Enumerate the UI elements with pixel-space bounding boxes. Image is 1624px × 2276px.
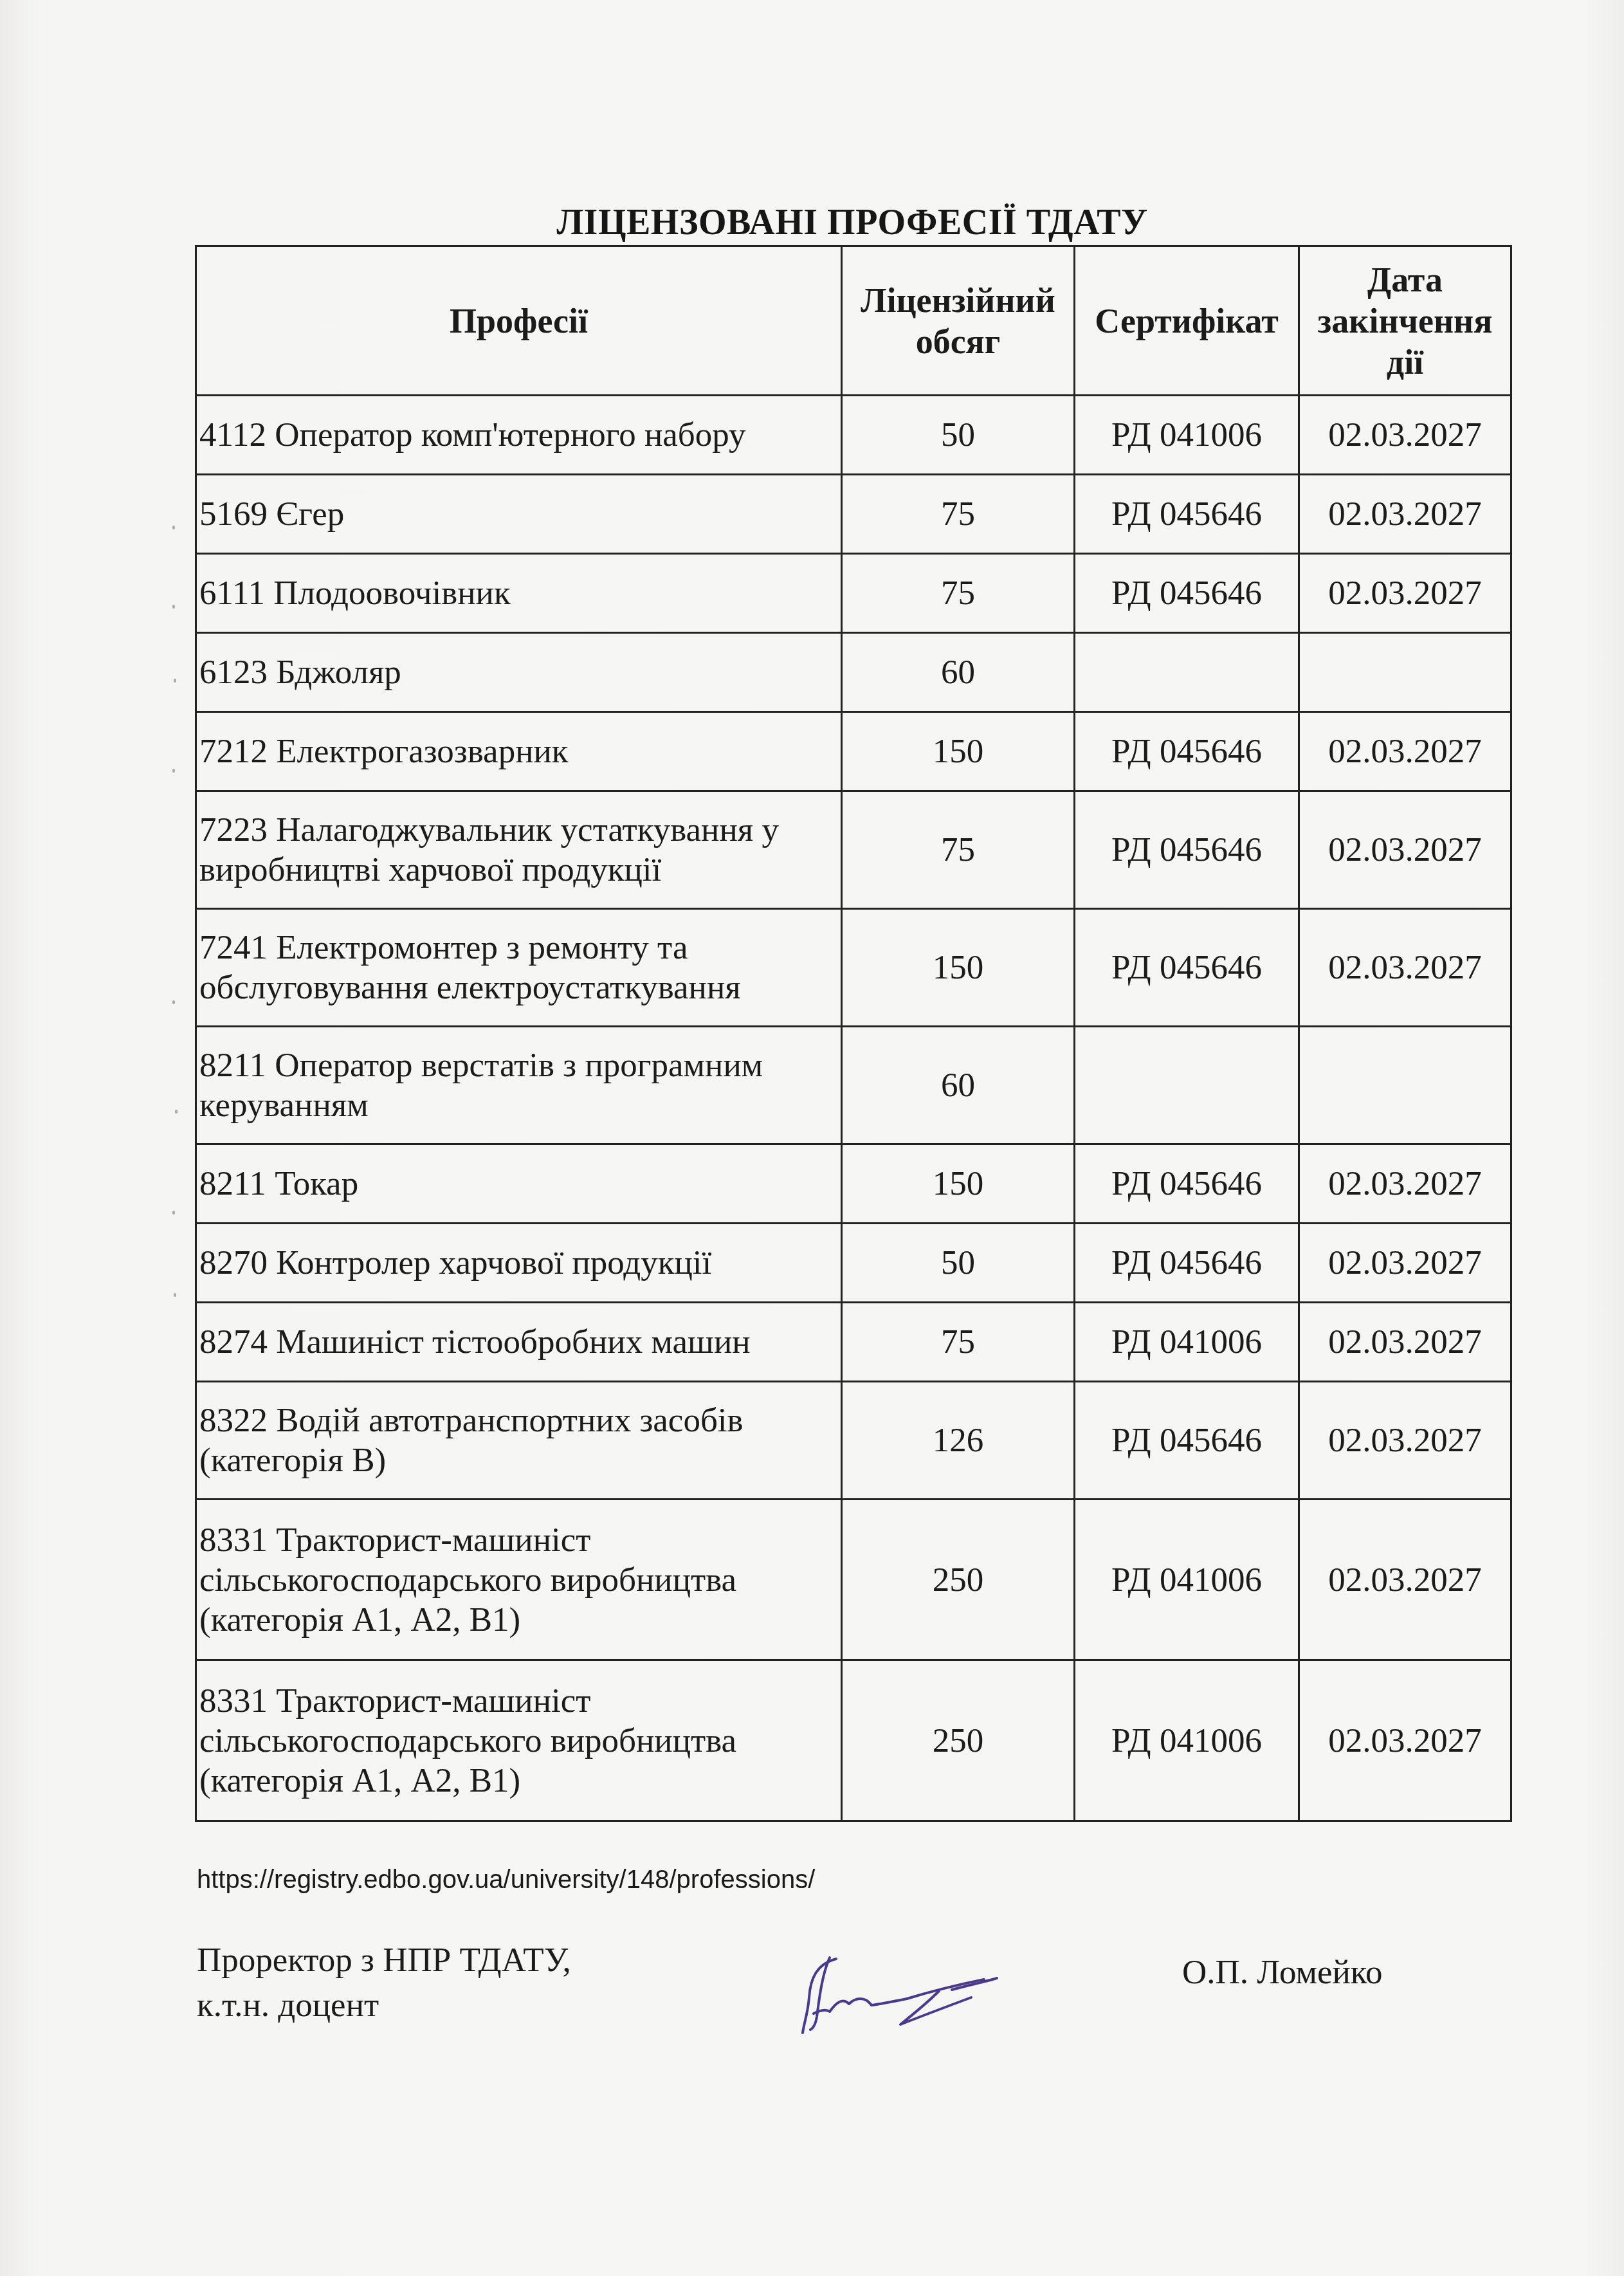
certificate-cell [1075,633,1299,712]
license-volume-cell: 75 [842,475,1075,554]
table-row: 8331 Тракторист-машиніст сільськогоспода… [196,1500,1511,1660]
expiry-date-cell: 02.03.2027 [1299,396,1511,475]
table-row: 5169 Єгер75РД 04564602.03.2027 [196,475,1511,554]
profession-cell: 8274 Машиніст тістообробних машин [196,1303,842,1382]
table-row: 7212 Електрогазозварник150РД 04564602.03… [196,712,1511,791]
signer-position: Проректор з НПР ТДАТУ, к.т.н. доцент [197,1938,571,2028]
license-volume-cell: 75 [842,1303,1075,1382]
header-professions: Професії [196,246,842,396]
table-header-row: Професії Ліцензійний обсяг Сертифікат Да… [196,246,1511,396]
profession-cell: 6123 Бджоляр [196,633,842,712]
certificate-cell: РД 041006 [1075,1660,1299,1821]
scan-speck [172,605,175,609]
license-volume-cell: 75 [842,554,1075,633]
profession-cell: 7212 Електрогазозварник [196,712,842,791]
license-volume-cell: 150 [842,712,1075,791]
profession-cell: 8211 Оператор верстатів з програмним кер… [196,1027,842,1144]
expiry-date-cell: 02.03.2027 [1299,475,1511,554]
certificate-cell: РД 045646 [1075,554,1299,633]
table-row: 8270 Контролер харчової продукції50РД 04… [196,1224,1511,1303]
expiry-date-cell: 02.03.2027 [1299,1224,1511,1303]
expiry-date-cell: 02.03.2027 [1299,909,1511,1027]
scan-speck [172,769,175,773]
header-certificate: Сертифікат [1075,246,1299,396]
certificate-cell [1075,1027,1299,1144]
scan-speck [174,679,176,683]
header-license-volume: Ліцензійний обсяг [842,246,1075,396]
expiry-date-cell: 02.03.2027 [1299,1303,1511,1382]
certificate-cell: РД 045646 [1075,909,1299,1027]
table-row: 8322 Водій автотранспортних засобів (кат… [196,1382,1511,1500]
license-volume-cell: 50 [842,396,1075,475]
expiry-date-cell: 02.03.2027 [1299,1144,1511,1224]
scan-speck [172,1000,175,1004]
profession-cell: 7241 Електромонтер з ремонту та обслугов… [196,909,842,1027]
license-volume-cell: 60 [842,633,1075,712]
profession-cell: 4112 Оператор комп'ютерного набору [196,396,842,475]
expiry-date-cell: 02.03.2027 [1299,712,1511,791]
profession-cell: 6111 Плодоовочівник [196,554,842,633]
expiry-date-cell: 02.03.2027 [1299,554,1511,633]
signature-icon [791,1952,1100,2036]
certificate-cell: РД 041006 [1075,396,1299,475]
profession-cell: 8270 Контролер харчової продукції [196,1224,842,1303]
table-row: 8274 Машиніст тістообробних машин75РД 04… [196,1303,1511,1382]
scan-speck [172,1211,175,1215]
certificate-cell: РД 045646 [1075,1224,1299,1303]
header-license-volume-text: Ліцензійний обсяг [852,280,1064,362]
signer-position-line1: Проректор з НПР ТДАТУ, [197,1938,571,1983]
scan-speck [174,1293,176,1297]
expiry-date-cell: 02.03.2027 [1299,791,1511,909]
expiry-date-cell: 02.03.2027 [1299,1660,1511,1821]
scan-speck [175,1110,178,1114]
certificate-cell: РД 041006 [1075,1303,1299,1382]
certificate-cell: РД 045646 [1075,712,1299,791]
expiry-date-cell: 02.03.2027 [1299,1500,1511,1660]
table-row: 6111 Плодоовочівник75РД 04564602.03.2027 [196,554,1511,633]
table-row: 8211 Токар150РД 04564602.03.2027 [196,1144,1511,1224]
profession-cell: 7223 Налагоджувальник устаткування у вир… [196,791,842,909]
header-expiry-date-text: Дата закінчення дії [1309,259,1502,383]
table-row: 7223 Налагоджувальник устаткування у вир… [196,791,1511,909]
page-title: ЛІЦЕНЗОВАНІ ПРОФЕСІЇ ТДАТУ [195,203,1510,242]
profession-cell: 8331 Тракторист-машиніст сільськогоспода… [196,1660,842,1821]
certificate-cell: РД 045646 [1075,1382,1299,1500]
expiry-date-cell: 02.03.2027 [1299,1382,1511,1500]
header-expiry-date: Дата закінчення дії [1299,246,1511,396]
table-row: 8211 Оператор верстатів з програмним кер… [196,1027,1511,1144]
signer-name: О.П. Ломейко [1182,1953,1382,1992]
profession-cell: 5169 Єгер [196,475,842,554]
signer-position-line2: к.т.н. доцент [197,1983,571,2028]
license-volume-cell: 250 [842,1660,1075,1821]
license-volume-cell: 126 [842,1382,1075,1500]
license-volume-cell: 250 [842,1500,1075,1660]
professions-table: Професії Ліцензійний обсяг Сертифікат Да… [195,245,1512,1822]
certificate-cell: РД 045646 [1075,1144,1299,1224]
license-volume-cell: 75 [842,791,1075,909]
license-volume-cell: 150 [842,1144,1075,1224]
license-volume-cell: 150 [842,909,1075,1027]
license-volume-cell: 50 [842,1224,1075,1303]
table-row: 8331 Тракторист-машиніст сільськогоспода… [196,1660,1511,1821]
expiry-date-cell [1299,633,1511,712]
certificate-cell: РД 045646 [1075,475,1299,554]
license-volume-cell: 60 [842,1027,1075,1144]
profession-cell: 8211 Токар [196,1144,842,1224]
table-row: 4112 Оператор комп'ютерного набору50РД 0… [196,396,1511,475]
certificate-cell: РД 045646 [1075,791,1299,909]
table-row: 6123 Бджоляр60 [196,633,1511,712]
table-body: 4112 Оператор комп'ютерного набору50РД 0… [196,396,1511,1821]
certificate-cell: РД 041006 [1075,1500,1299,1660]
scan-speck [172,526,175,529]
expiry-date-cell [1299,1027,1511,1144]
profession-cell: 8322 Водій автотранспортних засобів (кат… [196,1382,842,1500]
table-row: 7241 Електромонтер з ремонту та обслугов… [196,909,1511,1027]
source-url: https://registry.edbo.gov.ua/university/… [197,1866,815,1895]
profession-cell: 8331 Тракторист-машиніст сільськогоспода… [196,1500,842,1660]
